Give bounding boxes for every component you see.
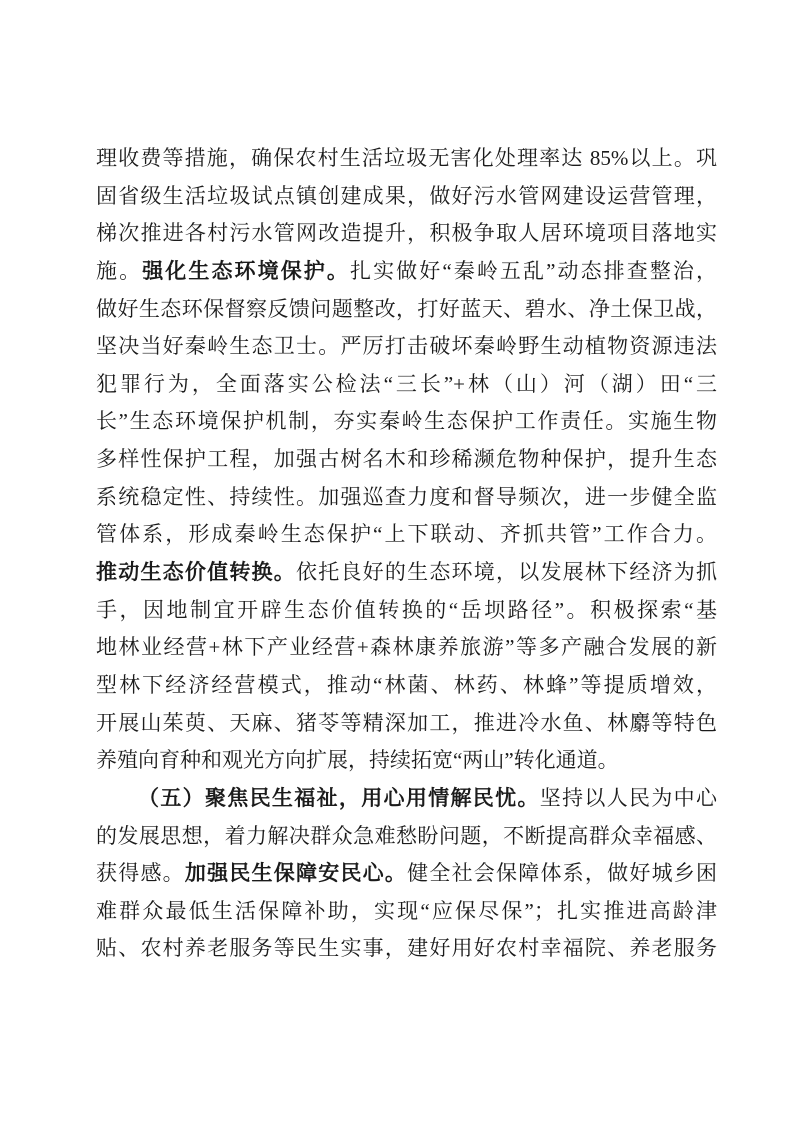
text-line: 做好生态环保督察反馈问题整改，打好蓝天、碧水、净土保卫战， xyxy=(96,291,717,329)
text-segment: 固省级生活垃圾试点镇创建成果，做好污水管网建设运营管理， xyxy=(96,184,717,208)
text-line-section-start: （五）聚焦民生福祉，用心用情解民忧。坚持以人民为中心 xyxy=(96,780,717,818)
text-segment: 做好生态环保督察反馈问题整改，打好蓝天、碧水、净土保卫战， xyxy=(96,297,717,321)
text-segment: 型林下经济经营模式，推动“林菌、林药、林蜂”等提质增效， xyxy=(96,673,717,697)
text-line: 长”生态环境保护机制，夯实秦岭生态保护工作责任。实施生物 xyxy=(96,403,717,441)
text-segment: 坚决当好秦岭生态卫士。严厉打击破坏秦岭野生动植物资源违法 xyxy=(96,334,717,358)
text-segment: 养殖向育种和观光方向扩展，持续拓宽“两山”转化通道。 xyxy=(96,748,619,772)
text-line: 理收费等措施，确保农村生活垃圾无害化处理率达 85%以上。巩 xyxy=(96,140,717,178)
text-line: 施。强化生态环境保护。扎实做好“秦岭五乱”动态排查整治， xyxy=(96,253,717,291)
text-segment: 手，因地制宜开辟生态价值转换的“岳坝路径”。积极探索“基 xyxy=(96,598,717,622)
bold-run-in-heading: 加强民生保障安民心。 xyxy=(185,861,407,885)
text-line: 犯罪行为，全面落实公检法“三长”+林（山）河（湖）田“三 xyxy=(96,366,717,404)
text-line: 坚决当好秦岭生态卫士。严厉打击破坏秦岭野生动植物资源违法 xyxy=(96,328,717,366)
text-line: 地林业经营+林下产业经营+森林康养旅游”等多产融合发展的新 xyxy=(96,629,717,667)
text-segment: 的发展思想，着力解决群众急难愁盼问题，不断提高群众幸福感、 xyxy=(96,824,717,848)
text-line: 手，因地制宜开辟生态价值转换的“岳坝路径”。积极探索“基 xyxy=(96,592,717,630)
text-segment: 扎实做好“秦岭五乱”动态排查整治， xyxy=(350,259,717,283)
text-line: 多样性保护工程，加强古树名木和珍稀濒危物种保护，提升生态 xyxy=(96,441,717,479)
text-segment: 犯罪行为，全面落实公检法“三长”+林（山）河（湖）田“三 xyxy=(96,372,717,396)
document-page: 理收费等措施，确保农村生活垃圾无害化处理率达 85%以上。巩 固省级生活垃圾试点… xyxy=(0,0,792,1121)
text-segment: 系统稳定性、持续性。加强巡查力度和督导频次，进一步健全监 xyxy=(96,485,717,509)
text-segment: 贴、农村养老服务等民生实事，建好用好农村幸福院、养老服务 xyxy=(96,936,717,960)
text-line: 难群众最低生活保障补助，实现“应保尽保”；扎实推进高龄津 xyxy=(96,893,717,931)
bold-run-in-heading: 推动生态价值转换。 xyxy=(96,560,296,584)
text-line: 梯次推进各村污水管网改造提升，积极争取人居环境项目落地实 xyxy=(96,215,717,253)
text-line: 管体系，形成秦岭生态保护“上下联动、齐抓共管”工作合力。 xyxy=(96,516,717,554)
text-segment: 难群众最低生活保障补助，实现“应保尽保”；扎实推进高龄津 xyxy=(96,899,717,923)
text-segment: 依托良好的生态环境，以发展林下经济为抓 xyxy=(296,560,717,584)
text-segment: 地林业经营+林下产业经营+森林康养旅游”等多产融合发展的新 xyxy=(96,635,717,659)
text-line: 系统稳定性、持续性。加强巡查力度和督导频次，进一步健全监 xyxy=(96,479,717,517)
text-segment: 健全社会保障体系，做好城乡困 xyxy=(407,861,717,885)
text-line: 开展山茱萸、天麻、猪苓等精深加工，推进冷水鱼、林麝等特色 xyxy=(96,705,717,743)
text-line: 的发展思想，着力解决群众急难愁盼问题，不断提高群众幸福感、 xyxy=(96,818,717,856)
section-heading: （五）聚焦民生福祉，用心用情解民忧。 xyxy=(138,786,540,810)
text-segment: 坚持以人民为中心 xyxy=(540,786,717,810)
text-line: 型林下经济经营模式，推动“林菌、林药、林蜂”等提质增效， xyxy=(96,667,717,705)
text-segment: 长”生态环境保护机制，夯实秦岭生态保护工作责任。实施生物 xyxy=(96,409,717,433)
text-segment: 开展山茱萸、天麻、猪苓等精深加工，推进冷水鱼、林麝等特色 xyxy=(96,711,717,735)
text-segment: 管体系，形成秦岭生态保护“上下联动、齐抓共管”工作合力。 xyxy=(96,522,717,546)
text-line: 贴、农村养老服务等民生实事，建好用好农村幸福院、养老服务 xyxy=(96,930,717,968)
text-segment: 多样性保护工程，加强古树名木和珍稀濒危物种保护，提升生态 xyxy=(96,447,717,471)
text-line-paragraph-end: 养殖向育种和观光方向扩展，持续拓宽“两山”转化通道。 xyxy=(96,742,717,780)
text-line: 获得感。加强民生保障安民心。健全社会保障体系，做好城乡困 xyxy=(96,855,717,893)
text-segment: 获得感。 xyxy=(96,861,185,885)
text-segment: 施。 xyxy=(96,259,142,283)
text-segment: 理收费等措施，确保农村生活垃圾无害化处理率达 85%以上。巩 xyxy=(96,146,717,170)
text-line: 固省级生活垃圾试点镇创建成果，做好污水管网建设运营管理， xyxy=(96,178,717,216)
text-segment: 梯次推进各村污水管网改造提升，积极争取人居环境项目落地实 xyxy=(96,221,717,245)
document-text-block: 理收费等措施，确保农村生活垃圾无害化处理率达 85%以上。巩 固省级生活垃圾试点… xyxy=(96,140,717,968)
text-line: 推动生态价值转换。依托良好的生态环境，以发展林下经济为抓 xyxy=(96,554,717,592)
bold-run-in-heading: 强化生态环境保护。 xyxy=(142,259,350,283)
